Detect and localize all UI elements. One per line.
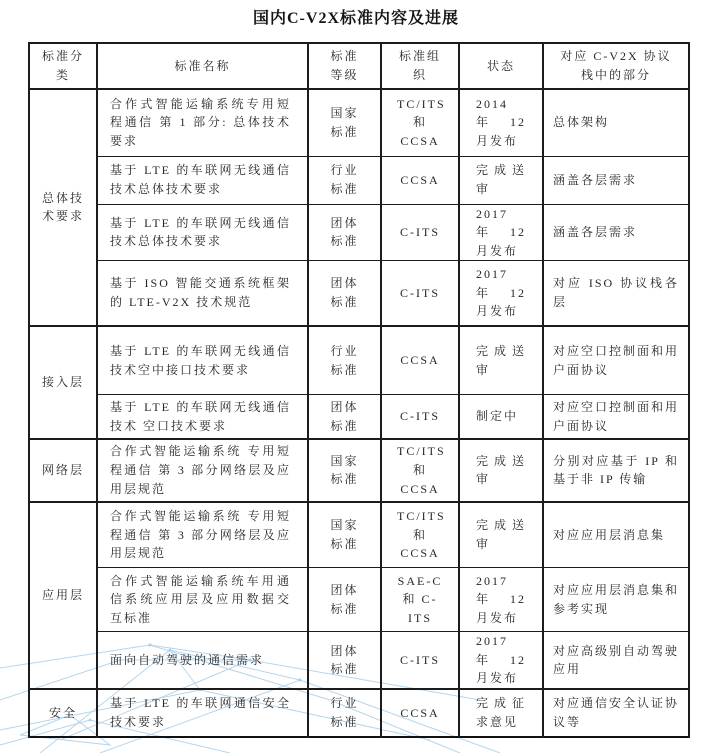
cell-name: 合作式智能运输系统专用短程通信 第 1 部分: 总体技术要求 [97, 89, 308, 156]
cell-level: 团体标准 [308, 568, 381, 632]
cell-status: 2014 年 12 月发布 [459, 89, 543, 156]
table-row: 基于 LTE 的车联网无线通信技术 空口技术要求 团体标准 C-ITS 制定中 … [29, 395, 689, 439]
cell-status: 完成送审 [459, 156, 543, 204]
cell-name: 合作式智能运输系统车用通信系统应用层及应用数据交互标准 [97, 568, 308, 632]
cell-level: 行业标准 [308, 689, 381, 737]
cell-protocol: 对应通信安全认证协议等 [543, 689, 689, 737]
cell-status: 2017 年 12 月发布 [459, 568, 543, 632]
table-row: 安全 基于 LTE 的车联网通信安全技术要求 行业标准 CCSA 完成征求意见 … [29, 689, 689, 737]
cell-protocol: 涵盖各层需求 [543, 156, 689, 204]
cell-name: 基于 LTE 的车联网无线通信技术总体技术要求 [97, 204, 308, 261]
table-row: 应用层 合作式智能运输系统 专用短程通信 第 3 部分网络层及应用层规范 国家标… [29, 502, 689, 568]
cell-org: C-ITS [381, 261, 459, 326]
category-cell: 接入层 [29, 326, 97, 439]
cell-name: 合作式智能运输系统 专用短程通信 第 3 部分网络层及应用层规范 [97, 439, 308, 502]
header-cell-protocol: 对应 C-V2X 协议栈中的部分 [543, 43, 689, 89]
cell-org: CCSA [381, 326, 459, 395]
cell-name: 基于 LTE 的车联网通信安全技术要求 [97, 689, 308, 737]
cell-level: 团体标准 [308, 204, 381, 261]
table-row: 网络层 合作式智能运输系统 专用短程通信 第 3 部分网络层及应用层规范 国家标… [29, 439, 689, 502]
table-row: 面向自动驾驶的通信需求 团体标准 C-ITS 2017 年 12 月发布 对应高… [29, 632, 689, 689]
table-row: 基于 LTE 的车联网无线通信技术总体技术要求 团体标准 C-ITS 2017 … [29, 204, 689, 261]
cell-protocol: 总体架构 [543, 89, 689, 156]
cell-org: CCSA [381, 689, 459, 737]
table-row: 基于 ISO 智能交通系统框架的 LTE-V2X 技术规范 团体标准 C-ITS… [29, 261, 689, 326]
cell-protocol: 涵盖各层需求 [543, 204, 689, 261]
cell-org: TC/ITS 和 CCSA [381, 502, 459, 568]
category-cell: 网络层 [29, 439, 97, 502]
header-cell-name: 标准名称 [97, 43, 308, 89]
cell-name: 基于 LTE 的车联网无线通信技术 空口技术要求 [97, 395, 308, 439]
cell-protocol: 对应高级别自动驾驶应用 [543, 632, 689, 689]
cell-level: 行业标准 [308, 156, 381, 204]
category-cell: 总体技术要求 [29, 89, 97, 326]
cell-name: 面向自动驾驶的通信需求 [97, 632, 308, 689]
cell-org: C-ITS [381, 204, 459, 261]
cell-org: C-ITS [381, 395, 459, 439]
cell-status: 完成征求意见 [459, 689, 543, 737]
cell-level: 行业标准 [308, 326, 381, 395]
category-cell: 应用层 [29, 502, 97, 689]
cell-org: SAE-C 和 C-ITS [381, 568, 459, 632]
header-cell-org: 标准组织 [381, 43, 459, 89]
cell-protocol: 对应 ISO 协议栈各层 [543, 261, 689, 326]
page-title: 国内C-V2X标准内容及进展 [0, 5, 712, 28]
cell-name: 基于 LTE 的车联网无线通信技术总体技术要求 [97, 156, 308, 204]
category-cell: 安全 [29, 689, 97, 737]
cell-status: 2017 年 12 月发布 [459, 632, 543, 689]
cell-level: 团体标准 [308, 261, 381, 326]
cell-protocol: 对应空口控制面和用户面协议 [543, 395, 689, 439]
cell-protocol: 对应应用层消息集和参考实现 [543, 568, 689, 632]
table-row: 合作式智能运输系统车用通信系统应用层及应用数据交互标准 团体标准 SAE-C 和… [29, 568, 689, 632]
standards-table: 标准分类 标准名称 标准等级 标准组织 状态 对应 C-V2X 协议栈中的部分 … [28, 42, 690, 738]
table-row: 接入层 基于 LTE 的车联网无线通信技术空中接口技术要求 行业标准 CCSA … [29, 326, 689, 395]
cell-status: 2017 年 12 月发布 [459, 261, 543, 326]
cell-name: 基于 ISO 智能交通系统框架的 LTE-V2X 技术规范 [97, 261, 308, 326]
header-cell-status: 状态 [459, 43, 543, 89]
table-row: 总体技术要求 合作式智能运输系统专用短程通信 第 1 部分: 总体技术要求 国家… [29, 89, 689, 156]
table-header-row: 标准分类 标准名称 标准等级 标准组织 状态 对应 C-V2X 协议栈中的部分 [29, 43, 689, 89]
cell-level: 团体标准 [308, 632, 381, 689]
cell-protocol: 对应应用层消息集 [543, 502, 689, 568]
header-cell-level: 标准等级 [308, 43, 381, 89]
cell-org: CCSA [381, 156, 459, 204]
cell-org: TC/ITS 和 CCSA [381, 89, 459, 156]
cell-level: 国家标准 [308, 502, 381, 568]
cell-status: 完成送审 [459, 502, 543, 568]
cell-org: C-ITS [381, 632, 459, 689]
cell-protocol: 分别对应基于 IP 和基于非 IP 传输 [543, 439, 689, 502]
cell-status: 制定中 [459, 395, 543, 439]
cell-status: 2017 年 12 月发布 [459, 204, 543, 261]
cell-level: 国家标准 [308, 439, 381, 502]
cell-level: 团体标准 [308, 395, 381, 439]
cell-status: 完成送审 [459, 439, 543, 502]
cell-name: 合作式智能运输系统 专用短程通信 第 3 部分网络层及应用层规范 [97, 502, 308, 568]
cell-org: TC/ITS 和 CCSA [381, 439, 459, 502]
cell-protocol: 对应空口控制面和用户面协议 [543, 326, 689, 395]
cell-status: 完成送审 [459, 326, 543, 395]
header-cell-category: 标准分类 [29, 43, 97, 89]
cell-level: 国家标准 [308, 89, 381, 156]
cell-name: 基于 LTE 的车联网无线通信技术空中接口技术要求 [97, 326, 308, 395]
table-row: 基于 LTE 的车联网无线通信技术总体技术要求 行业标准 CCSA 完成送审 涵… [29, 156, 689, 204]
